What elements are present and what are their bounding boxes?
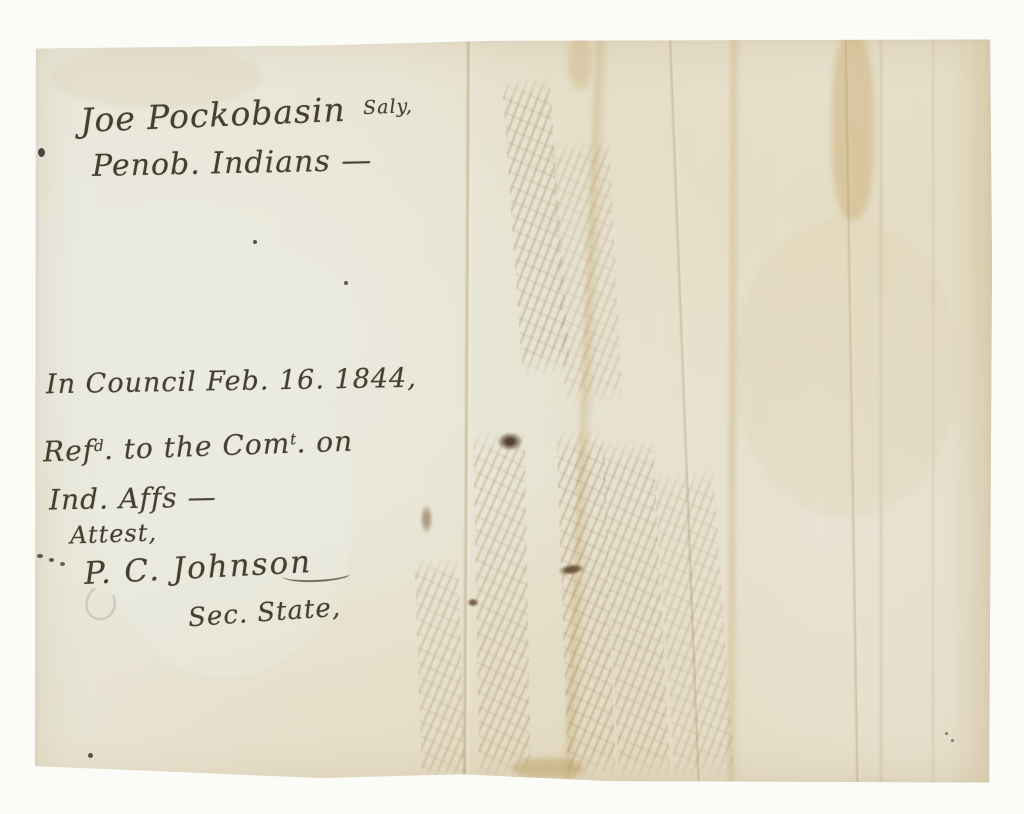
ink-speck: [951, 739, 954, 742]
ink-blot: [420, 504, 433, 534]
ink-bleedthrough-column: [473, 428, 531, 781]
docket-name-suffix: Saly,: [363, 95, 414, 119]
referral-word: . to the Com: [103, 427, 290, 466]
ink-blot: [497, 432, 523, 451]
referral-word: . on: [296, 425, 354, 460]
ink-blot: [467, 598, 479, 607]
stain: [832, 34, 874, 219]
document-paper: Joe Pockobasin Saly, Penob. Indians — In…: [34, 38, 992, 784]
ink-speck: [253, 240, 257, 244]
ink-speck: [88, 753, 93, 758]
ink-speck: [60, 562, 65, 566]
fold-crease: [462, 28, 473, 808]
referral-word: Ref: [43, 434, 95, 469]
ink-speck: [37, 554, 43, 558]
scan-background: Joe Pockobasin Saly, Penob. Indians — In…: [0, 0, 1024, 814]
stain: [734, 218, 959, 518]
ink-speck: [38, 148, 45, 157]
ink-bleedthrough-column: [414, 557, 466, 780]
council-date-line: In Council Feb. 16. 1844,: [46, 363, 417, 400]
stain: [952, 38, 992, 784]
ink-speck: [945, 732, 948, 735]
ink-speck: [49, 558, 54, 562]
attest-label: Attest,: [70, 518, 158, 549]
docket-tribe-line: Penob. Indians —: [92, 143, 373, 184]
referral-superscript: d: [94, 437, 104, 455]
referral-subject-line: Ind. Affs —: [49, 481, 217, 517]
ink-speck: [344, 281, 348, 285]
stain: [568, 32, 592, 90]
